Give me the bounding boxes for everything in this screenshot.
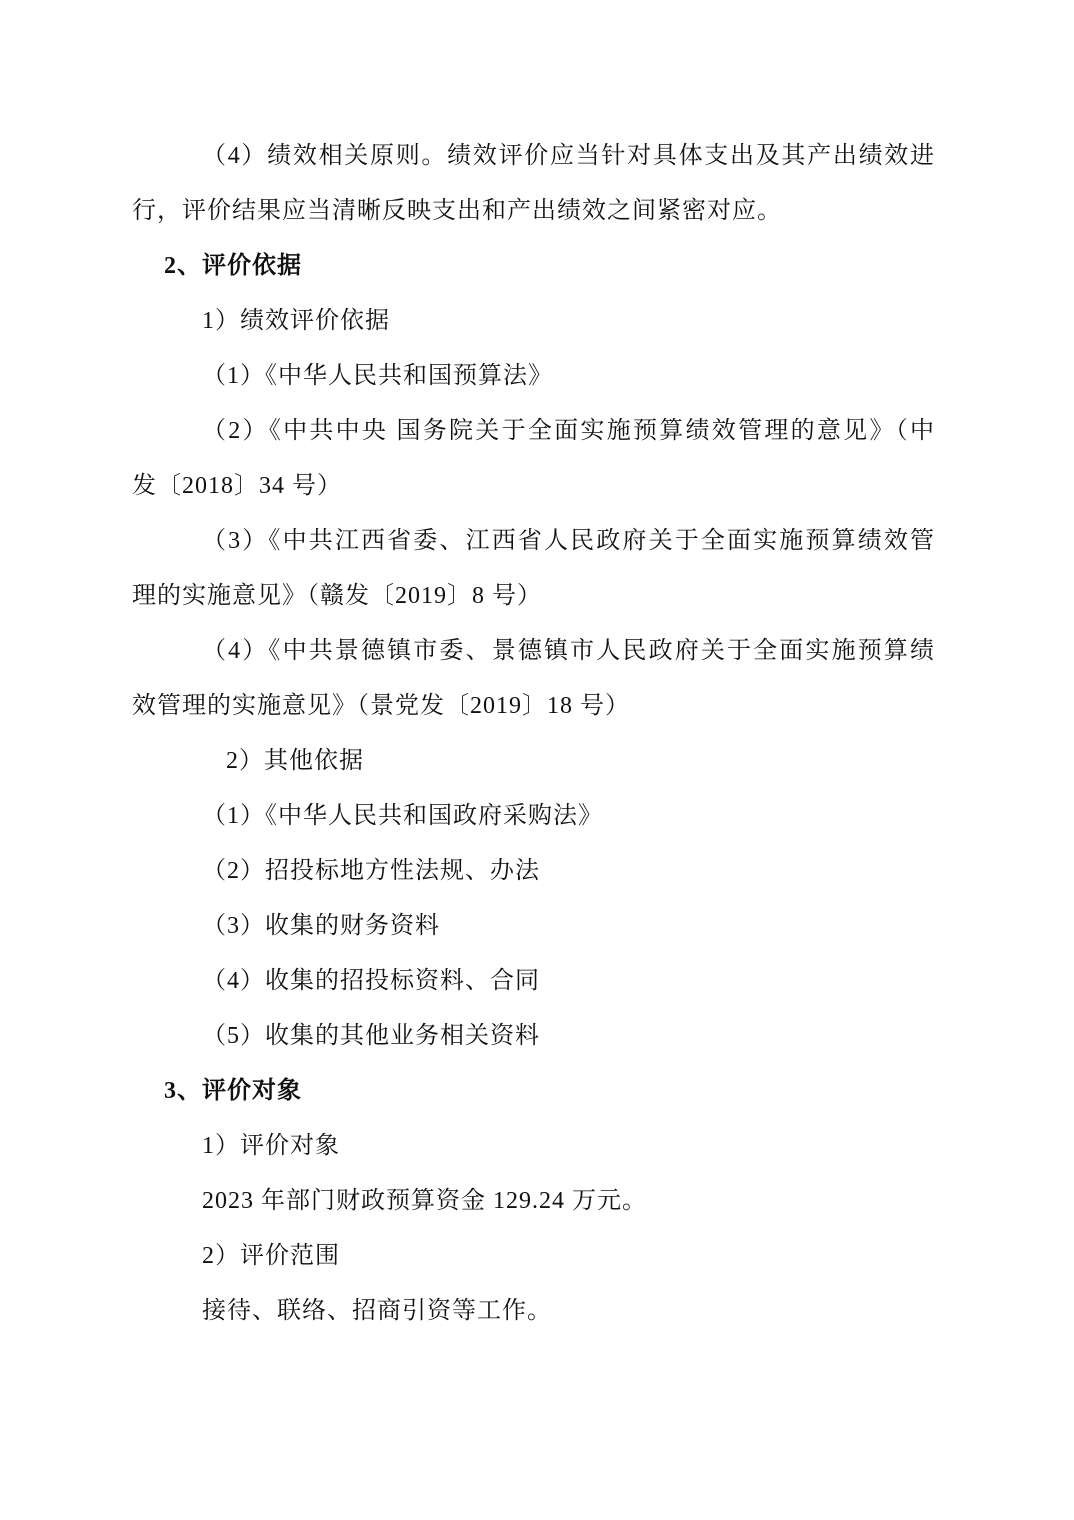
subheading-evaluation-object: 1）评价对象 [132, 1119, 935, 1174]
heading-evaluation-basis: 2、评价依据 [132, 239, 935, 294]
subheading-evaluation-scope: 2）评价范围 [132, 1229, 935, 1284]
subheading-performance-basis: 1）绩效评价依据 [132, 294, 935, 349]
list-item: （4）收集的招投标资料、合同 [132, 954, 935, 1009]
list-item: （3）收集的财务资料 [132, 899, 935, 954]
heading-evaluation-object: 3、评价对象 [132, 1064, 935, 1119]
list-item: （5）收集的其他业务相关资料 [132, 1009, 935, 1064]
list-item: （4）《中共景德镇市委、景德镇市人民政府关于全面实施预算绩 [132, 624, 935, 679]
list-item: （2）招投标地方性法规、办法 [132, 844, 935, 899]
subheading-other-basis: 2）其他依据 [132, 734, 935, 789]
list-item-continuation: 效管理的实施意见》（景党发〔2019〕18 号） [132, 679, 935, 734]
paragraph-line: 2023 年部门财政预算资金 129.24 万元。 [132, 1174, 935, 1229]
list-item-continuation: 发〔2018〕34 号） [132, 459, 935, 514]
paragraph-line: 行，评价结果应当清晰反映支出和产出绩效之间紧密对应。 [132, 184, 935, 239]
list-item: （1）《中华人民共和国预算法》 [132, 349, 935, 404]
document-page: （4）绩效相关原则。绩效评价应当针对具体支出及其产出绩效进 行，评价结果应当清晰… [0, 0, 1074, 1520]
list-item-continuation: 理的实施意见》（赣发〔2019〕8 号） [132, 569, 935, 624]
list-item: （1）《中华人民共和国政府采购法》 [132, 789, 935, 844]
list-item: （2）《中共中央 国务院关于全面实施预算绩效管理的意见》（中 [132, 404, 935, 459]
document-body: （4）绩效相关原则。绩效评价应当针对具体支出及其产出绩效进 行，评价结果应当清晰… [132, 129, 935, 1339]
list-item: （3）《中共江西省委、江西省人民政府关于全面实施预算绩效管 [132, 514, 935, 569]
paragraph-line: （4）绩效相关原则。绩效评价应当针对具体支出及其产出绩效进 [132, 129, 935, 184]
paragraph-line: 接待、联络、招商引资等工作。 [132, 1284, 935, 1339]
